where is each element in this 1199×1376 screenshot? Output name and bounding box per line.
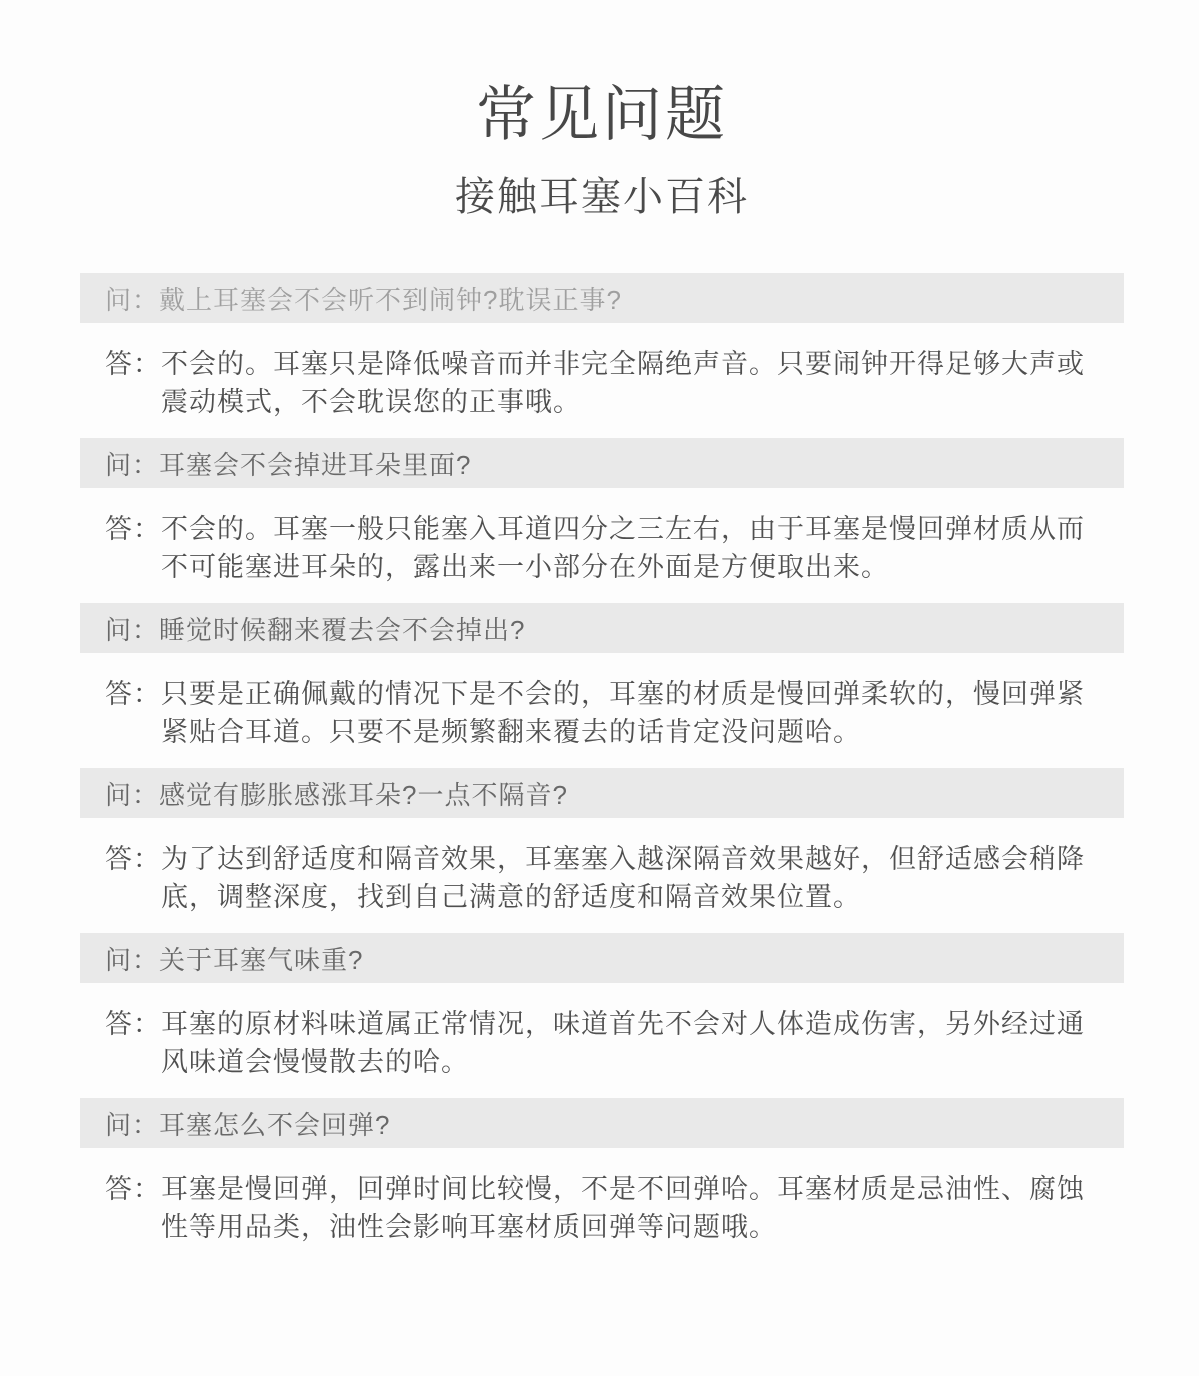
answer-prefix-label: 答： bbox=[105, 1005, 161, 1043]
question-text: 耳塞怎么不会回弹? bbox=[159, 1105, 390, 1142]
question-text: 关于耳塞气味重? bbox=[159, 940, 363, 977]
faq-item-4: 问： 感觉有膨胀感涨耳朵?一点不隔音? 答： 为了达到舒适度和隔音效果，耳塞塞入… bbox=[80, 768, 1124, 916]
answer-prefix-label: 答： bbox=[105, 345, 161, 383]
answer-text: 耳塞是慢回弹，回弹时间比较慢，不是不回弹哈。耳塞材质是忌油性、腐蚀 性等用品类，… bbox=[161, 1170, 1085, 1246]
answer-prefix-label: 答： bbox=[105, 510, 161, 548]
answer-text: 只要是正确佩戴的情况下是不会的，耳塞的材质是慢回弹柔软的，慢回弹紧 紧贴合耳道。… bbox=[161, 675, 1085, 751]
answer-text: 耳塞的原材料味道属正常情况，味道首先不会对人体造成伤害，另外经过通 风味道会慢慢… bbox=[161, 1005, 1085, 1081]
answer-prefix-label: 答： bbox=[105, 1170, 161, 1208]
answer-row: 答： 不会的。耳塞一般只能塞入耳道四分之三左右，由于耳塞是慢回弹材质从而 不可能… bbox=[80, 510, 1124, 586]
answer-row: 答： 不会的。耳塞只是降低噪音而并非完全隔绝声音。只要闹钟开得足够大声或 震动模… bbox=[80, 345, 1124, 421]
question-bar: 问： 耳塞怎么不会回弹? bbox=[80, 1098, 1124, 1148]
question-bar: 问： 睡觉时候翻来覆去会不会掉出? bbox=[80, 603, 1124, 653]
answer-text: 为了达到舒适度和隔音效果，耳塞塞入越深隔音效果越好，但舒适感会稍降 底，调整深度… bbox=[161, 840, 1085, 916]
faq-item-2: 问： 耳塞会不会掉进耳朵里面? 答： 不会的。耳塞一般只能塞入耳道四分之三左右，… bbox=[80, 438, 1124, 586]
answer-row: 答： 耳塞是慢回弹，回弹时间比较慢，不是不回弹哈。耳塞材质是忌油性、腐蚀 性等用… bbox=[80, 1170, 1124, 1246]
question-prefix-label: 问： bbox=[105, 775, 159, 812]
question-prefix-label: 问： bbox=[105, 940, 159, 977]
question-bar: 问： 戴上耳塞会不会听不到闹钟?耽误正事? bbox=[80, 273, 1124, 323]
question-prefix-label: 问： bbox=[105, 445, 159, 482]
answer-prefix-label: 答： bbox=[105, 840, 161, 878]
faq-item-5: 问： 关于耳塞气味重? 答： 耳塞的原材料味道属正常情况，味道首先不会对人体造成… bbox=[80, 933, 1124, 1081]
question-text: 睡觉时候翻来覆去会不会掉出? bbox=[159, 610, 525, 647]
question-prefix-label: 问： bbox=[105, 1105, 159, 1142]
faq-item-6: 问： 耳塞怎么不会回弹? 答： 耳塞是慢回弹，回弹时间比较慢，不是不回弹哈。耳塞… bbox=[80, 1098, 1124, 1246]
faq-list: 问： 戴上耳塞会不会听不到闹钟?耽误正事? 答： 不会的。耳塞只是降低噪音而并非… bbox=[80, 273, 1124, 1246]
answer-row: 答： 为了达到舒适度和隔音效果，耳塞塞入越深隔音效果越好，但舒适感会稍降 底，调… bbox=[80, 840, 1124, 916]
question-text: 感觉有膨胀感涨耳朵?一点不隔音? bbox=[159, 775, 568, 812]
answer-prefix-label: 答： bbox=[105, 675, 161, 713]
page-title: 常见问题 bbox=[80, 85, 1124, 145]
page-subtitle: 接触耳塞小百科 bbox=[80, 177, 1124, 217]
answer-row: 答： 只要是正确佩戴的情况下是不会的，耳塞的材质是慢回弹柔软的，慢回弹紧 紧贴合… bbox=[80, 675, 1124, 751]
question-text: 戴上耳塞会不会听不到闹钟?耽误正事? bbox=[159, 280, 622, 317]
question-bar: 问： 感觉有膨胀感涨耳朵?一点不隔音? bbox=[80, 768, 1124, 818]
faq-item-1: 问： 戴上耳塞会不会听不到闹钟?耽误正事? 答： 不会的。耳塞只是降低噪音而并非… bbox=[80, 273, 1124, 421]
question-bar: 问： 耳塞会不会掉进耳朵里面? bbox=[80, 438, 1124, 488]
answer-row: 答： 耳塞的原材料味道属正常情况，味道首先不会对人体造成伤害，另外经过通 风味道… bbox=[80, 1005, 1124, 1081]
answer-text: 不会的。耳塞只是降低噪音而并非完全隔绝声音。只要闹钟开得足够大声或 震动模式，不… bbox=[161, 345, 1085, 421]
question-text: 耳塞会不会掉进耳朵里面? bbox=[159, 445, 471, 482]
question-prefix-label: 问： bbox=[105, 610, 159, 647]
faq-page: 常见问题 接触耳塞小百科 问： 戴上耳塞会不会听不到闹钟?耽误正事? 答： 不会… bbox=[0, 85, 1199, 1246]
answer-text: 不会的。耳塞一般只能塞入耳道四分之三左右，由于耳塞是慢回弹材质从而 不可能塞进耳… bbox=[161, 510, 1085, 586]
question-prefix-label: 问： bbox=[105, 280, 159, 317]
question-bar: 问： 关于耳塞气味重? bbox=[80, 933, 1124, 983]
faq-item-3: 问： 睡觉时候翻来覆去会不会掉出? 答： 只要是正确佩戴的情况下是不会的，耳塞的… bbox=[80, 603, 1124, 751]
